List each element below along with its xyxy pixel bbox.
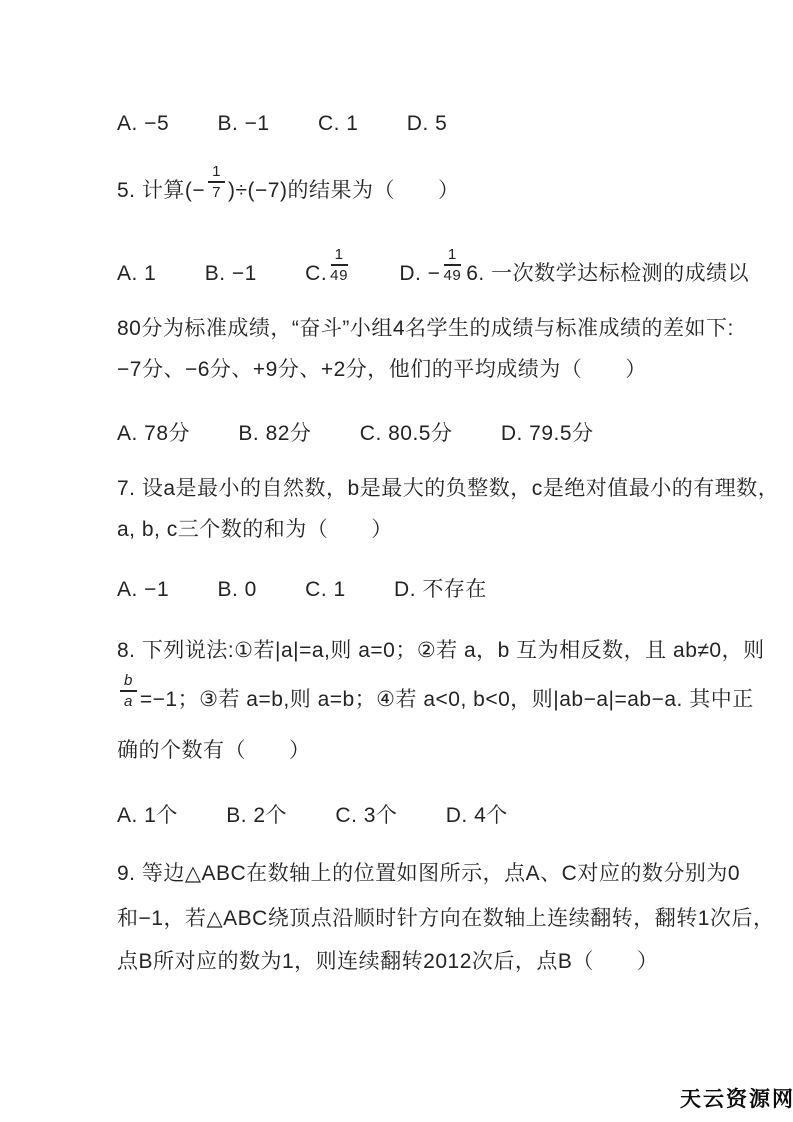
fraction-b-over-a: ba	[120, 672, 137, 711]
q8-option-d: D. 4个	[446, 802, 508, 830]
q7-stem-line1: 7. 设a是最小的自然数，b是最大的负整数，c是绝对值最小的有理数，	[117, 475, 779, 503]
document-page: A. −5 B. −1 C. 1 D. 5 5. 计算(−17)÷(−7)的结果…	[0, 0, 793, 1122]
q5-option-b: B. −1	[205, 260, 257, 288]
q7-option-b: B. 0	[217, 576, 256, 604]
q5-options-row: A. 1 B. −1 C.149 D. −1496. 一次数学达标检测的成绩以	[117, 246, 749, 288]
q6-stem-line3: −7分、−6分、+9分、+2分，他们的平均成绩为（ ）	[117, 356, 647, 384]
q4-option-d: D. 5	[407, 110, 448, 138]
q5-option-a: A. 1	[117, 260, 156, 288]
q7-option-d: D. 不存在	[394, 576, 487, 604]
q6-option-d: D. 79.5分	[501, 420, 594, 448]
q6-options-row: A. 78分 B. 82分 C. 80.5分 D. 79.5分	[117, 420, 594, 448]
q9-stem-line1: 9. 等边△ABC在数轴上的位置如图所示，点A、C对应的数分别为0	[117, 860, 740, 888]
fraction-neg-one-fortyninth: 149	[443, 246, 461, 285]
q6-stem-line1: 6. 一次数学达标检测的成绩以	[466, 262, 749, 285]
q5-stem: 5. 计算(−17)÷(−7)的结果为（ ）	[117, 163, 459, 205]
fraction-one-fortyninth: 149	[330, 246, 348, 285]
q7-options-row: A. −1 B. 0 C. 1 D. 不存在	[117, 576, 487, 604]
q9-stem-line2: 和−1，若△ABC绕顶点沿顺时针方向在数轴上连续翻转，翻转1次后，	[117, 905, 774, 933]
q7-stem-line2: a, b, c三个数的和为（ ）	[117, 516, 393, 544]
q6-option-c: C. 80.5分	[360, 420, 453, 448]
q9-stem-line3: 点B所对应的数为1，则连续翻转2012次后，点B（ ）	[117, 948, 658, 976]
q4-options-row: A. −5 B. −1 C. 1 D. 5	[117, 110, 447, 138]
q8-stem-line2-text: =−1；③若 a=b,则 a=b；④若 a<0, b<0，则|ab−a|=ab−…	[140, 688, 754, 711]
q8-stem-line3: 确的个数有（ ）	[117, 737, 311, 765]
q4-option-b: B. −1	[217, 110, 269, 138]
q5-option-c: C.149	[305, 246, 351, 288]
q8-stem-line1: 8. 下列说法:①若|a|=a,则 a=0；②若 a，b 互为相反数，且 ab≠…	[117, 637, 765, 665]
q8-stem-line2: ba=−1；③若 a=b,则 a=b；④若 a<0, b<0，则|ab−a|=a…	[117, 672, 754, 714]
q6-stem-line2: 80分为标准成绩，“奋斗”小组4名学生的成绩与标准成绩的差如下:	[117, 315, 734, 343]
q6-option-b: B. 82分	[238, 420, 311, 448]
q8-option-b: B. 2个	[226, 802, 287, 830]
q6-option-a: A. 78分	[117, 420, 190, 448]
q8-options-row: A. 1个 B. 2个 C. 3个 D. 4个	[117, 802, 508, 830]
q7-option-c: C. 1	[305, 576, 346, 604]
q5-stem-suffix: )÷(−7)的结果为（ ）	[228, 179, 459, 202]
q4-option-a: A. −5	[117, 110, 169, 138]
site-watermark: 天云资源网	[680, 1083, 793, 1113]
q5-stem-prefix: 5. 计算(−	[117, 179, 205, 202]
q8-option-c: C. 3个	[335, 802, 397, 830]
q8-option-a: A. 1个	[117, 802, 178, 830]
q7-option-a: A. −1	[117, 576, 169, 604]
q5-option-d: D. −149	[399, 262, 464, 285]
fraction-one-seventh: 17	[208, 163, 225, 202]
q4-option-c: C. 1	[318, 110, 359, 138]
